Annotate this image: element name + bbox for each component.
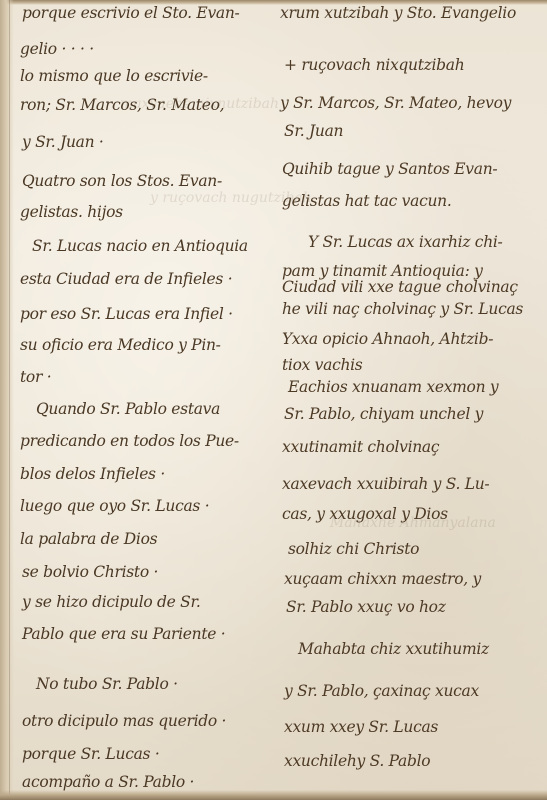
margin-rule bbox=[9, 0, 10, 800]
kaqchikel-line: Yxxa opicio Ahnaoh, Ahtzib- bbox=[282, 330, 493, 348]
kaqchikel-line: Sr. Pablo, chiyam unchel y bbox=[284, 405, 483, 423]
kaqchikel-line: tiox vachis bbox=[282, 356, 362, 374]
kaqchikel-line: xaxevach xxuibirah y S. Lu- bbox=[282, 475, 489, 493]
kaqchikel-line: + ruçovach nixqutzibah bbox=[284, 56, 464, 74]
spanish-line: lo mismo que lo escrivie- bbox=[20, 67, 208, 85]
kaqchikel-line: solhiz chi Christo bbox=[288, 540, 419, 558]
spanish-line: porque Sr. Lucas · bbox=[22, 745, 159, 763]
spanish-line: tor · bbox=[20, 368, 51, 386]
kaqchikel-line: gelistas hat tac vacun. bbox=[282, 192, 451, 210]
spanish-line: gelio · · · · bbox=[20, 40, 94, 58]
spanish-line: esta Ciudad era de Infieles · bbox=[20, 270, 232, 288]
kaqchikel-line: Ciudad vili xxe tague cholvinaç bbox=[282, 278, 518, 296]
spanish-line: y Sr. Juan · bbox=[22, 133, 104, 151]
kaqchikel-line: Sr. Pablo xxuç vo hoz bbox=[286, 598, 446, 616]
kaqchikel-line: xxutinamit cholvinaç bbox=[282, 438, 439, 456]
spanish-line: Pablo que era su Pariente · bbox=[22, 625, 225, 643]
spanish-line: acompaño a Sr. Pablo · bbox=[22, 773, 194, 791]
binding-gutter bbox=[0, 0, 14, 800]
kaqchikel-line: cas, y xxugoxal y Dios bbox=[282, 505, 448, 523]
kaqchikel-line: xrum xutzibah y Sto. Evangelio bbox=[280, 4, 516, 22]
spanish-line: porque escrivio el Sto. Evan- bbox=[22, 4, 239, 22]
spanish-line: blos delos Infieles · bbox=[20, 465, 165, 483]
kaqchikel-line: Eachios xnuanam xexmon y bbox=[288, 378, 498, 396]
kaqchikel-line: y Sr. Pablo, çaxinaç xucax bbox=[284, 682, 479, 700]
kaqchikel-line: he vili naç cholvinaç y Sr. Lucas bbox=[282, 300, 523, 318]
kaqchikel-line: xuçaam chixxn maestro, y bbox=[284, 570, 481, 588]
spanish-line: Sr. Lucas nacio en Antioquia bbox=[32, 237, 248, 255]
spanish-line: su oficio era Medico y Pin- bbox=[20, 336, 221, 354]
spanish-line: predicando en todos los Pue- bbox=[20, 432, 239, 450]
spanish-line: Quatro son los Stos. Evan- bbox=[22, 172, 222, 190]
kaqchikel-line: y Sr. Marcos, Sr. Mateo, hevoy bbox=[280, 94, 511, 112]
spanish-line: No tubo Sr. Pablo · bbox=[36, 675, 178, 693]
spanish-line: la palabra de Dios bbox=[20, 530, 157, 548]
spanish-line: por eso Sr. Lucas era Infiel · bbox=[20, 305, 233, 323]
spanish-line: luego que oyo Sr. Lucas · bbox=[20, 497, 209, 515]
kaqchikel-line: xxum xxey Sr. Lucas bbox=[284, 718, 438, 736]
kaqchikel-line: Quihib tague y Santos Evan- bbox=[282, 160, 497, 178]
spanish-column: porque escrivio el Sto. Evan- gelio · · … bbox=[18, 0, 276, 800]
page-bottom-edge bbox=[0, 790, 547, 800]
spanish-line: se bolvio Christo · bbox=[22, 563, 158, 581]
spanish-line: otro dicipulo mas querido · bbox=[22, 712, 226, 730]
kaqchikel-column: xrum xutzibah y Sto. Evangelio + ruçovac… bbox=[278, 0, 546, 800]
kaqchikel-line: xxuchilehy S. Pablo bbox=[284, 752, 430, 770]
spanish-line: ron; Sr. Marcos, Sr. Mateo, bbox=[20, 96, 224, 114]
kaqchikel-line: Y Sr. Lucas ax ixarhiz chi- bbox=[308, 233, 502, 251]
spanish-line: y se hizo dicipulo de Sr. bbox=[22, 593, 201, 611]
spanish-line: gelistas. hijos bbox=[20, 203, 123, 221]
kaqchikel-line: Sr. Juan bbox=[284, 122, 343, 140]
spanish-line: Quando Sr. Pablo estava bbox=[36, 400, 220, 418]
manuscript-page: maxvaehe nixnutzibah y ruçovach nugutzib… bbox=[0, 0, 547, 800]
kaqchikel-line: Mahabta chiz xxutihumiz bbox=[298, 640, 489, 658]
